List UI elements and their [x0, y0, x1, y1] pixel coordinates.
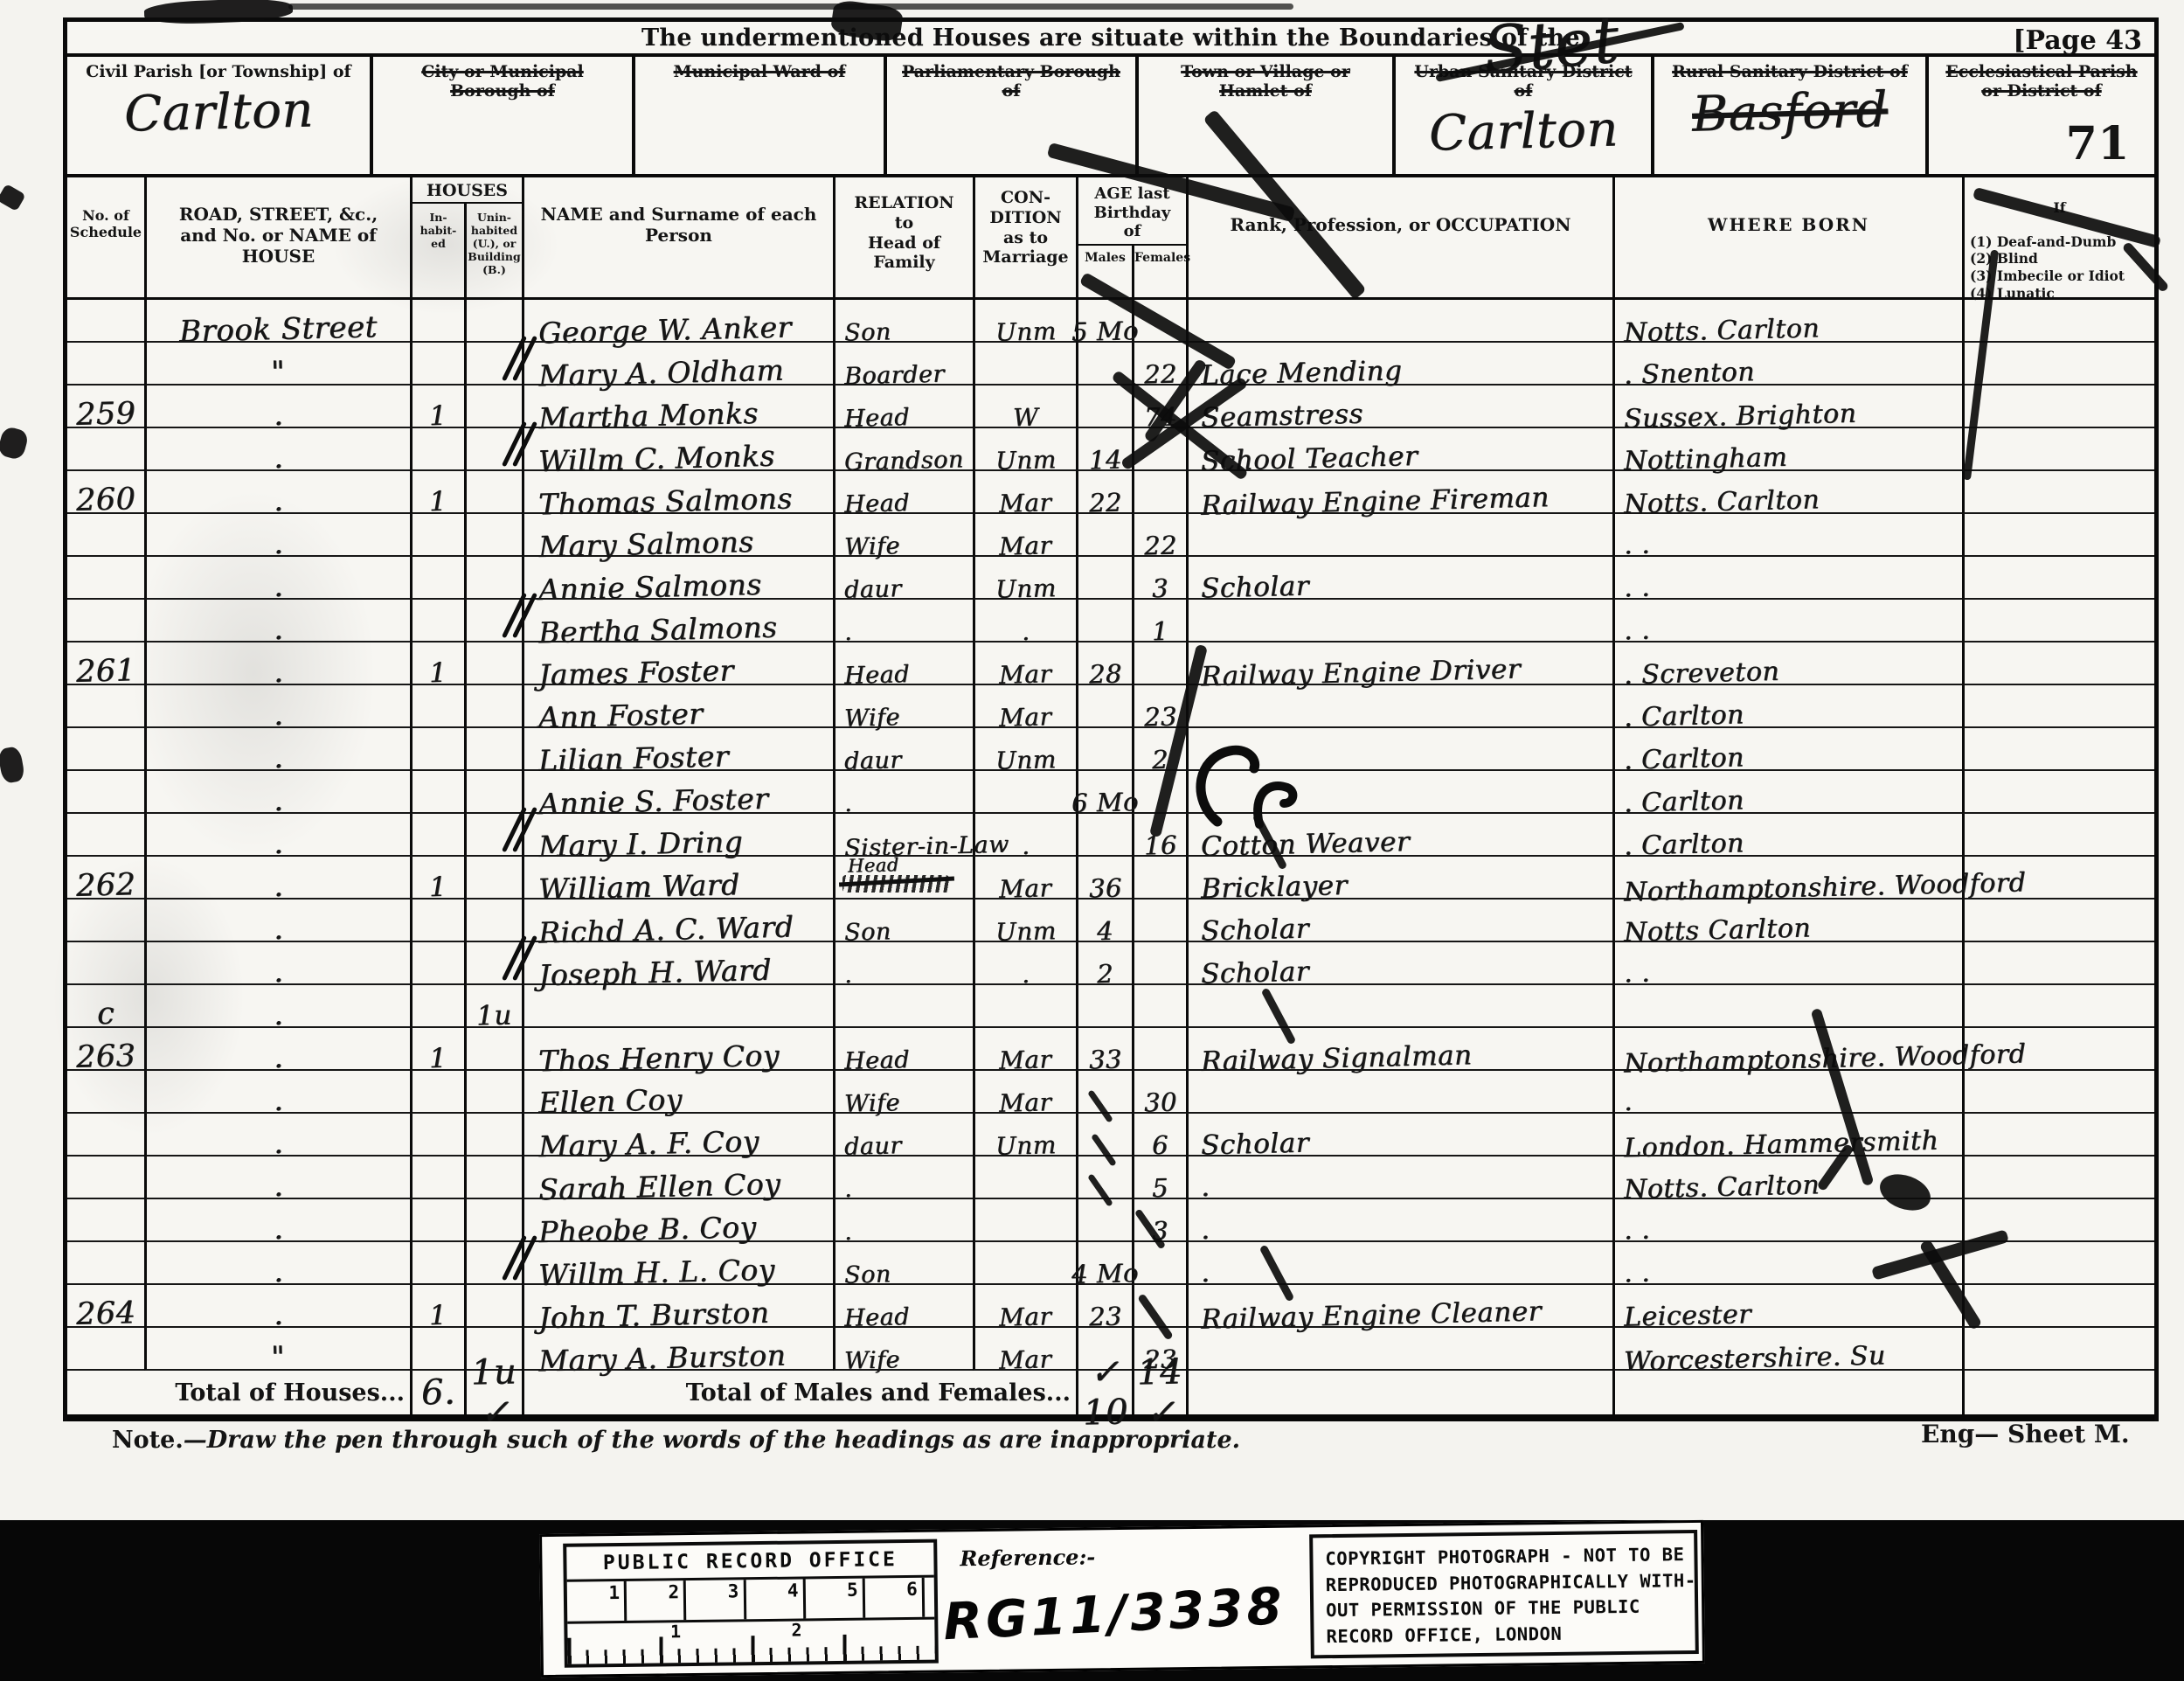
cell-relation: Wife [833, 1071, 973, 1114]
cell-name: Bertha Salmons [522, 600, 833, 643]
cell-born: . Snenton [1612, 343, 1962, 386]
cell-condition: Mar [973, 1071, 1076, 1114]
cell-name: Thos Henry Coy [522, 1028, 833, 1071]
cell-schedule [67, 300, 144, 343]
cell-infirm [1962, 1071, 2154, 1114]
cell-condition [973, 985, 1076, 1028]
totals-schedule-cell [67, 1371, 144, 1414]
cell-age_f: 22 [1132, 343, 1186, 386]
pro-ruler-box: PUBLIC RECORD OFFICE 123456 12 [563, 1539, 939, 1668]
cell-age_m: 36 [1076, 857, 1132, 900]
district-box-label: Ecclesiastical Parish or District of [1929, 63, 2154, 101]
cell-uninhabited [464, 1114, 522, 1157]
cell-age_f: 22 [1132, 514, 1186, 557]
cell-infirm [1962, 985, 2154, 1028]
cell-born: . . [1612, 557, 1962, 600]
cell-inhabited: 1 [410, 643, 464, 685]
district-box: Civil Parish [or Township] of Carlton [67, 57, 370, 174]
cell-relation: . [833, 942, 973, 985]
cell-occupation: Lace Mending [1186, 343, 1612, 386]
cell-inhabited [410, 600, 464, 643]
cell-infirm [1962, 685, 2154, 728]
cell-age_m: 22 [1076, 471, 1132, 514]
cell-age_f [1132, 985, 1186, 1028]
cell-uninhabited [464, 685, 522, 728]
cell-infirm [1962, 728, 2154, 771]
cell-occupation: Scholar [1186, 557, 1612, 600]
totals-uninhabited-value: 1u ✓ [464, 1371, 522, 1414]
cell-schedule [67, 514, 144, 557]
cell-condition: Mar [973, 514, 1076, 557]
cell-name: Sarah Ellen Coy [522, 1157, 833, 1199]
cell-inhabited: 1 [410, 471, 464, 514]
copyright-line: OUT PERMISSION OF THE PUBLIC [1326, 1594, 1682, 1625]
cell-born: . . [1612, 514, 1962, 557]
cell-age_m: 4 [1076, 900, 1132, 942]
ink-scribble [0, 184, 26, 212]
district-box: Municipal Ward of [632, 57, 884, 174]
col-header-relation: RELATION to Head of Family [833, 177, 973, 297]
cell-age_m [1076, 985, 1132, 1028]
cell-born: . Carlton [1612, 771, 1962, 814]
cell-name: Lilian Foster [522, 728, 833, 771]
cell-condition [973, 1199, 1076, 1242]
cell-age_m: 23 [1076, 1285, 1132, 1328]
cell-age_f [1132, 1028, 1186, 1071]
cell-age_f: 5 [1132, 1157, 1186, 1199]
col-header-schedule: No. of Schedule [67, 177, 144, 297]
cell-schedule [67, 1328, 144, 1371]
cell-age_m: 28 [1076, 643, 1132, 685]
district-box-value: Carlton [123, 81, 314, 142]
cell-road: . [144, 1285, 410, 1328]
cell-road: . [144, 1242, 410, 1285]
district-box-label: City or Municipal Borough of [373, 63, 632, 101]
cell-age_f: 6 [1132, 1114, 1186, 1157]
cell-occupation: . [1186, 1157, 1612, 1199]
cell-schedule [67, 771, 144, 814]
cell-inhabited [410, 514, 464, 557]
cell-inhabited: 1 [410, 1285, 464, 1328]
cell-age_m [1076, 1199, 1132, 1242]
cell-age_m [1076, 386, 1132, 428]
cell-born: Sussex. Brighton [1612, 386, 1962, 428]
ruler-cm-cell [922, 1578, 935, 1617]
form-title: The undermentioned Houses are situate wi… [641, 24, 1580, 52]
cell-name: Richd A. C. Ward [522, 900, 833, 942]
cell-schedule: 264 [67, 1285, 144, 1328]
cell-age_f [1132, 471, 1186, 514]
cell-age_f [1132, 900, 1186, 942]
footer-note-word: Note. [112, 1427, 184, 1454]
ruler-inch-scale: 12 [567, 1620, 935, 1664]
census-entries: Brook Street George W. Anker Son Unm 5 M… [67, 300, 2154, 1371]
ruler-cm-cell: 6 [863, 1578, 923, 1618]
cell-occupation [1186, 685, 1612, 728]
copyright-line: COPYRIGHT PHOTOGRAPH - NOT TO BE [1325, 1542, 1681, 1573]
copyright-notice: COPYRIGHT PHOTOGRAPH - NOT TO BEREPRODUC… [1309, 1530, 1699, 1658]
ruler-cm-cell: 2 [624, 1580, 684, 1621]
district-box-label: Town or Village or Hamlet of [1139, 63, 1392, 101]
cell-schedule [67, 428, 144, 471]
cell-uninhabited [464, 1157, 522, 1199]
cell-relation: daur [833, 557, 973, 600]
cell-age_m: 33 [1076, 1028, 1132, 1071]
cell-infirm [1962, 514, 2154, 557]
cell-age_m [1076, 600, 1132, 643]
cell-age_f: 30 [1132, 1071, 1186, 1114]
cell-occupation: Bricklayer [1186, 857, 1612, 900]
cell-name: Willm H. L. Coy [522, 1242, 833, 1285]
cell-infirm [1962, 900, 2154, 942]
cell-relation: . [833, 771, 973, 814]
cell-uninhabited [464, 643, 522, 685]
cell-occupation: Scholar [1186, 1114, 1612, 1157]
cell-born: Nottingham [1612, 428, 1962, 471]
cell-inhabited [410, 557, 464, 600]
cell-inhabited [410, 985, 464, 1028]
cell-infirm [1962, 471, 2154, 514]
cell-infirm [1962, 643, 2154, 685]
cell-inhabited [410, 1114, 464, 1157]
ruler-cm-cell: 5 [802, 1579, 863, 1619]
cell-name: Mary A. F. Coy [522, 1114, 833, 1157]
cell-relation: Head [833, 1028, 973, 1071]
totals-infirm-cell [1962, 1371, 2154, 1414]
totals-row: Total of Houses... 6. 1u ✓ Total of Male… [67, 1371, 2154, 1421]
cell-infirm [1962, 343, 2154, 386]
cell-condition: W [973, 386, 1076, 428]
cell-name: Annie Salmons [522, 557, 833, 600]
photo-strip: PUBLIC RECORD OFFICE 123456 12 Reference… [0, 1520, 2184, 1681]
totals-occupation-cell [1186, 1371, 1612, 1414]
copyright-line: RECORD OFFICE, LONDON [1326, 1620, 1682, 1650]
cell-relation: Wife [833, 1328, 973, 1371]
cell-relation: Wife [833, 685, 973, 728]
cell-born: . Carlton [1612, 685, 1962, 728]
cell-born: . . [1612, 942, 1962, 985]
cell-occupation: Seamstress [1186, 386, 1612, 428]
cell-inhabited [410, 1157, 464, 1199]
cell-infirm [1962, 600, 2154, 643]
cell-born: . Screveton [1612, 643, 1962, 685]
cell-occupation: Railway Engine Fireman [1186, 471, 1612, 514]
cell-relation: Head [833, 1285, 973, 1328]
cell-born: Northamptonshire. Woodford [1612, 857, 1962, 900]
cell-condition: Unm [973, 728, 1076, 771]
cell-occupation: Railway Engine Driver [1186, 643, 1612, 685]
cell-inhabited [410, 1071, 464, 1114]
cell-relation: Son [833, 300, 973, 343]
cell-infirm [1962, 1242, 2154, 1285]
cell-condition: Unm [973, 900, 1076, 942]
ruler-cm-scale: 123456 [567, 1578, 935, 1624]
cell-uninhabited [464, 1285, 522, 1328]
cell-inhabited [410, 728, 464, 771]
pro-office-label: PUBLIC RECORD OFFICE [566, 1543, 933, 1582]
census-scan-page: The undermentioned Houses are situate wi… [0, 0, 2184, 1681]
sheet-label: Eng— Sheet M. [1921, 1420, 2130, 1448]
cell-inhabited [410, 771, 464, 814]
district-box: Rural Sanitary District of Basford [1651, 57, 1925, 174]
ink-scribble [0, 426, 30, 462]
district-box: City or Municipal Borough of [370, 57, 632, 174]
cell-born: Notts. Carlton [1612, 471, 1962, 514]
cell-road: . [144, 471, 410, 514]
cell-age_m [1076, 685, 1132, 728]
totals-males-value: ✓ 10 [1076, 1371, 1132, 1414]
cell-relation: Head [833, 643, 973, 685]
ruler-cm-cell: 4 [743, 1579, 803, 1619]
ink-scribble-cr [1184, 739, 1307, 844]
district-box-value: 71 [2066, 117, 2130, 170]
cell-condition: Unm [973, 300, 1076, 343]
cell-road: . [144, 1199, 410, 1242]
col-header-condition: CON- DITION as to Marriage [973, 177, 1076, 297]
district-box-label: Civil Parish [or Township] of [67, 63, 370, 82]
cell-uninhabited [464, 1071, 522, 1114]
cell-occupation: Scholar [1186, 900, 1612, 942]
reference-value: RG11/3338 [942, 1576, 1286, 1651]
cell-condition [973, 1157, 1076, 1199]
cell-inhabited [410, 1242, 464, 1285]
cell-age_m: 6 Mo [1076, 771, 1132, 814]
cell-schedule [67, 814, 144, 857]
new-family-slash-mark [510, 420, 533, 469]
cell-occupation: . [1186, 1242, 1612, 1285]
cell-infirm [1962, 386, 2154, 428]
ruler-cm-cell: 1 [567, 1581, 625, 1622]
cell-born: . Carlton [1612, 728, 1962, 771]
cell-uninhabited [464, 728, 522, 771]
totals-born-cell [1612, 1371, 1962, 1414]
cell-age_f [1132, 857, 1186, 900]
cell-uninhabited: 1u [464, 985, 522, 1028]
cell-name: Ann Foster [522, 685, 833, 728]
cell-relation: Head [833, 386, 973, 428]
cell-schedule [67, 1157, 144, 1199]
cell-inhabited [410, 343, 464, 386]
cell-relation: . [833, 1157, 973, 1199]
ruler-inch-number: 1 [670, 1621, 681, 1642]
cell-age_m [1076, 557, 1132, 600]
cell-name: Annie S. Foster [522, 771, 833, 814]
district-box-value: Carlton [1428, 101, 1619, 162]
cell-inhabited [410, 942, 464, 985]
cell-inhabited [410, 428, 464, 471]
district-box: Town or Village or Hamlet of [1135, 57, 1392, 174]
cell-inhabited [410, 1199, 464, 1242]
cell-occupation: Railway Engine Cleaner [1186, 1285, 1612, 1328]
cell-name: Willm C. Monks [522, 428, 833, 471]
cell-relation: Head [833, 471, 973, 514]
footer-note-text: —Draw the pen through such of the words … [184, 1427, 1240, 1454]
cell-relation: . [833, 1199, 973, 1242]
cell-condition: Unm [973, 557, 1076, 600]
cell-infirm [1962, 1328, 2154, 1371]
cell-born: Notts. Carlton [1612, 300, 1962, 343]
cell-condition: Mar [973, 1285, 1076, 1328]
cell-name: William Ward [522, 857, 833, 900]
new-family-slash-mark [510, 1233, 533, 1282]
cell-occupation [1186, 985, 1612, 1028]
totals-inhabited-value: 6. [410, 1371, 464, 1414]
cell-relation: daur [833, 728, 973, 771]
new-family-slash-mark [510, 334, 533, 383]
cell-infirm [1962, 814, 2154, 857]
paper-smudge [332, 175, 559, 315]
ink-scribble [288, 3, 1293, 10]
cell-condition: Mar [973, 643, 1076, 685]
cell-condition: Mar [973, 1328, 1076, 1371]
cell-schedule [67, 1199, 144, 1242]
cell-condition [973, 1242, 1076, 1285]
cell-inhabited [410, 685, 464, 728]
cell-relation: Son [833, 900, 973, 942]
cell-condition: Mar [973, 471, 1076, 514]
new-family-slash-mark [510, 934, 533, 983]
cell-age_f [1132, 942, 1186, 985]
cell-born: London. Hammersmith [1612, 1114, 1962, 1157]
cell-uninhabited [464, 471, 522, 514]
cell-age_m: 2 [1076, 942, 1132, 985]
cell-schedule: 260 [67, 471, 144, 514]
col-header-females: Females [1132, 246, 1186, 297]
cell-condition: Mar [973, 1028, 1076, 1071]
cell-inhabited [410, 900, 464, 942]
cell-occupation [1186, 300, 1612, 343]
cell-relation: Wife [833, 514, 973, 557]
reference-label: Reference:- [960, 1544, 1095, 1571]
totals-females-value: 14 ✓ [1132, 1371, 1186, 1414]
cell-occupation [1186, 600, 1612, 643]
cell-schedule: 259 [67, 386, 144, 428]
cell-schedule [67, 343, 144, 386]
cell-age_m: 4 Mo [1076, 1242, 1132, 1285]
cell-infirm [1962, 557, 2154, 600]
cell-inhabited: 1 [410, 386, 464, 428]
cell-born: . . [1612, 600, 1962, 643]
cell-relation [833, 985, 973, 1028]
cell-condition: . [973, 600, 1076, 643]
col-header-name: NAME and Surname of each Person [522, 177, 833, 297]
cell-uninhabited [464, 514, 522, 557]
cell-age_f [1132, 643, 1186, 685]
cell-inhabited: 1 [410, 857, 464, 900]
cell-schedule [67, 728, 144, 771]
cell-name: George W. Anker [522, 300, 833, 343]
cell-condition: Mar [973, 857, 1076, 900]
cell-road: " [144, 1328, 410, 1371]
cell-condition [973, 343, 1076, 386]
new-family-slash-mark [510, 805, 533, 854]
cell-condition [973, 771, 1076, 814]
page-number: [Page 43 [2013, 25, 2142, 56]
cell-road: . [144, 1157, 410, 1199]
cell-condition: . [973, 942, 1076, 985]
cell-born: Northamptonshire. Woodford [1612, 1028, 1962, 1071]
ruler-inch-number: 2 [791, 1619, 801, 1640]
form-title-row: The undermentioned Houses are situate wi… [67, 22, 2154, 57]
cell-condition: Unm [973, 428, 1076, 471]
cell-infirm [1962, 428, 2154, 471]
ruler-cm-cell: 3 [683, 1580, 744, 1620]
cell-relation: Grandson [833, 428, 973, 471]
cell-age_f: 3 [1132, 557, 1186, 600]
cell-condition: Unm [973, 1114, 1076, 1157]
cell-relation: Sister-in-Law [833, 814, 973, 857]
new-family-slash-mark [510, 591, 533, 640]
cell-occupation: Railway Signalman [1186, 1028, 1612, 1071]
cell-age_m [1076, 728, 1132, 771]
public-record-office-stamp: PUBLIC RECORD OFFICE 123456 12 Reference… [539, 1520, 1705, 1678]
cell-relation: Son [833, 1242, 973, 1285]
cell-inhabited [410, 814, 464, 857]
cell-born: Leicester [1612, 1285, 1962, 1328]
footer-note: Note.—Draw the pen through such of the w… [112, 1427, 1240, 1454]
cell-age_m [1076, 814, 1132, 857]
cell-relation: daur [833, 1114, 973, 1157]
cell-age_m [1076, 514, 1132, 557]
cell-infirm [1962, 942, 2154, 985]
cell-occupation: Scholar [1186, 942, 1612, 985]
cell-occupation: School Teacher [1186, 428, 1612, 471]
cell-occupation: . [1186, 1199, 1612, 1242]
cell-occupation [1186, 1071, 1612, 1114]
cell-relation: Boarder [833, 343, 973, 386]
ink-scribble [0, 746, 25, 784]
cell-age_f [1132, 1242, 1186, 1285]
col-header-where-born: WHERE BORN [1612, 177, 1962, 297]
cell-infirm [1962, 1285, 2154, 1328]
cell-uninhabited [464, 857, 522, 900]
cell-age_f: 1 [1132, 600, 1186, 643]
cell-born: Worcestershire. Su [1612, 1328, 1962, 1371]
district-box-label: Rural Sanitary District of [1654, 63, 1925, 82]
cell-inhabited: 1 [410, 1028, 464, 1071]
cell-road: Brook Street [144, 300, 410, 343]
totals-houses-label: Total of Houses... [144, 1371, 410, 1414]
cell-condition: Mar [973, 685, 1076, 728]
cell-born [1612, 985, 1962, 1028]
cell-born: . Carlton [1612, 814, 1962, 857]
cell-schedule [67, 557, 144, 600]
cell-infirm [1962, 1114, 2154, 1157]
cell-uninhabited [464, 1028, 522, 1071]
cell-road: . [144, 428, 410, 471]
cell-relation: . [833, 600, 973, 643]
district-box-label: Municipal Ward of [635, 63, 884, 82]
paper-smudge [131, 490, 376, 857]
cell-schedule [67, 1242, 144, 1285]
cell-relation: Head [833, 857, 973, 900]
cell-inhabited [410, 1328, 464, 1371]
cell-infirm [1962, 771, 2154, 814]
cell-road: . [144, 386, 410, 428]
cell-infirm [1962, 1157, 2154, 1199]
district-box-label: Parliamentary Borough of [887, 63, 1135, 101]
totals-males-females-label: Total of Males and Females... [522, 1371, 1076, 1414]
district-box: Ecclesiastical Parish or District of 71 [1925, 57, 2154, 174]
district-box-value: Basford [1691, 81, 1888, 142]
